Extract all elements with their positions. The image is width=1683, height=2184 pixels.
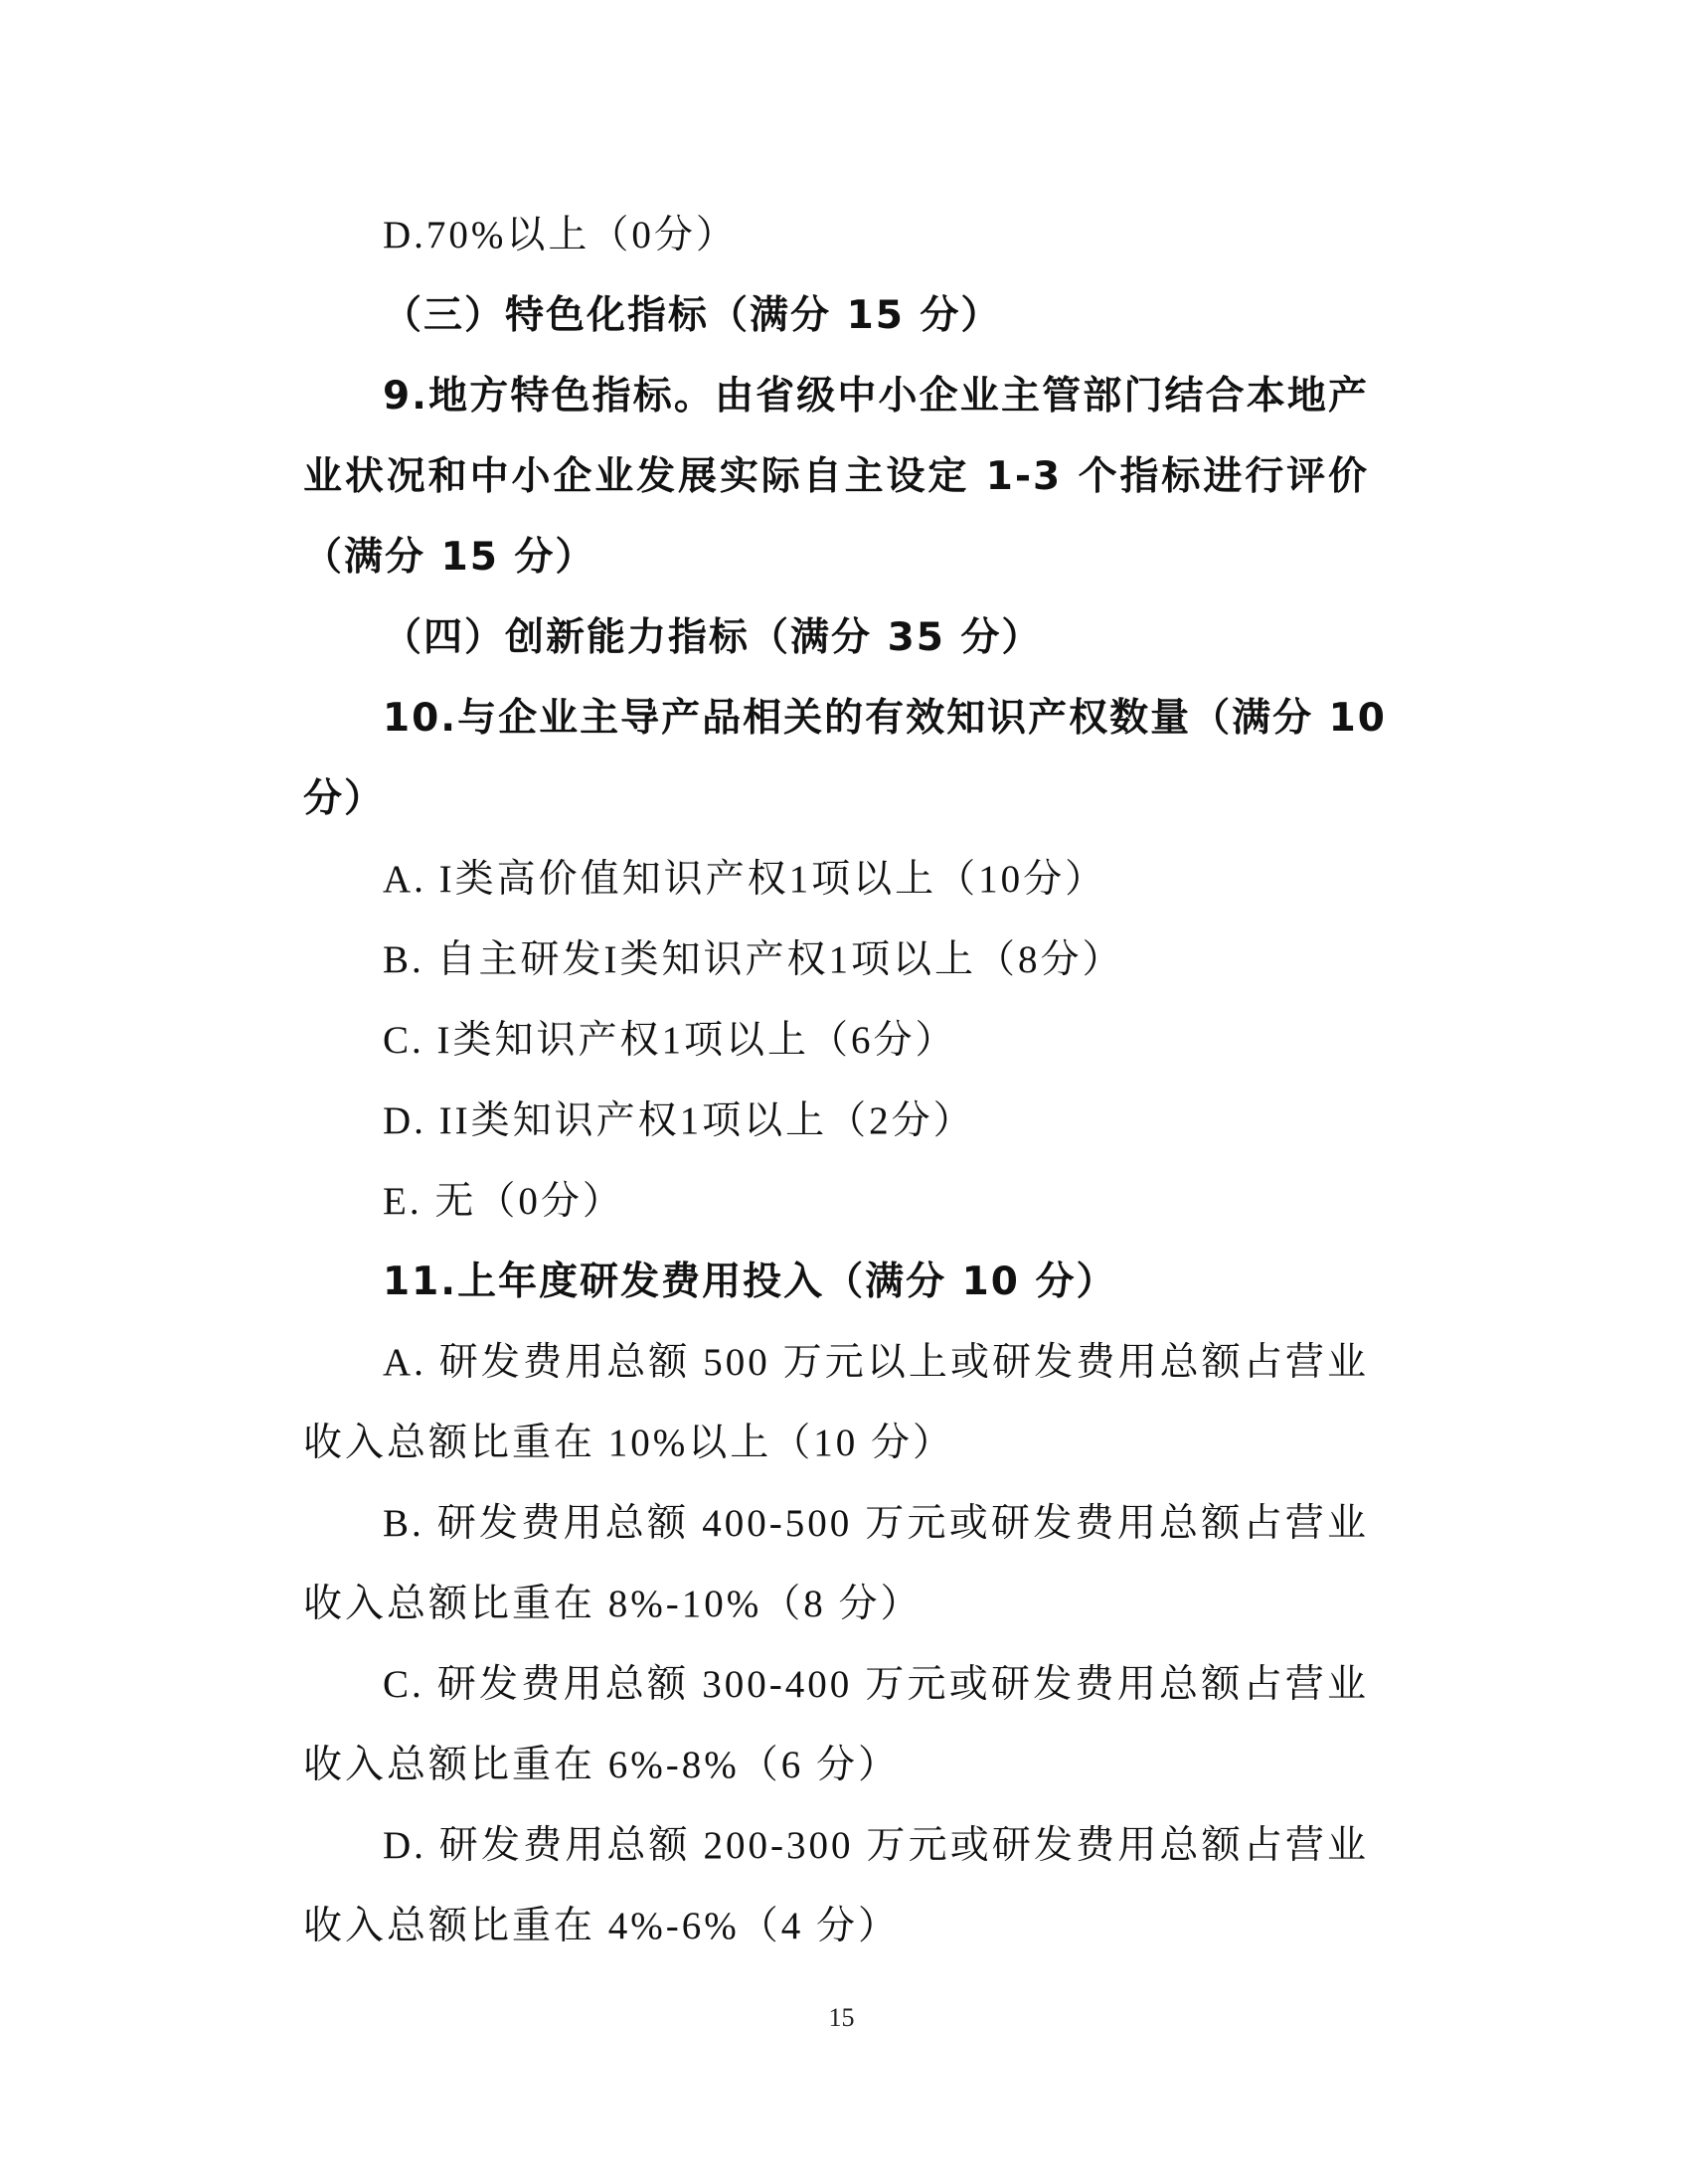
- option-line: A. 研发费用总额 500 万元以上或研发费用总额占营业: [303, 1322, 1369, 1403]
- item-heading-continuation: （满分 15 分）: [303, 517, 1369, 597]
- option-continuation: 收入总额比重在 4%-6%（4 分）: [303, 1886, 1369, 1966]
- document-page: D.70%以上（0分） （三）特色化指标（满分 15 分） 9.地方特色指标。由…: [303, 195, 1369, 1966]
- option-line: B. 自主研发I类知识产权1项以上（8分）: [303, 920, 1369, 1000]
- section-heading: （三）特色化指标（满分 15 分）: [303, 275, 1369, 356]
- page-number: 15: [0, 2003, 1683, 2033]
- option-continuation: 收入总额比重在 6%-8%（6 分）: [303, 1725, 1369, 1805]
- item-heading-continuation: 分）: [303, 758, 1369, 839]
- option-line: D. 研发费用总额 200-300 万元或研发费用总额占营业: [303, 1805, 1369, 1886]
- item-heading: 11.上年度研发费用投入（满分 10 分）: [303, 1242, 1369, 1322]
- option-continuation: 收入总额比重在 8%-10%（8 分）: [303, 1564, 1369, 1644]
- option-line: B. 研发费用总额 400-500 万元或研发费用总额占营业: [303, 1483, 1369, 1564]
- item-heading: 10.与企业主导产品相关的有效知识产权数量（满分 10: [303, 678, 1369, 758]
- item-heading: 9.地方特色指标。由省级中小企业主管部门结合本地产: [303, 356, 1369, 436]
- option-line: E. 无（0分）: [303, 1161, 1369, 1242]
- option-line: D.70%以上（0分）: [303, 195, 1369, 275]
- option-line: C. I类知识产权1项以上（6分）: [303, 1000, 1369, 1081]
- section-heading: （四）创新能力指标（满分 35 分）: [303, 597, 1369, 678]
- option-line: D. II类知识产权1项以上（2分）: [303, 1081, 1369, 1161]
- option-line: C. 研发费用总额 300-400 万元或研发费用总额占营业: [303, 1644, 1369, 1725]
- item-heading-continuation: 业状况和中小企业发展实际自主设定 1-3 个指标进行评价: [303, 436, 1369, 517]
- option-continuation: 收入总额比重在 10%以上（10 分）: [303, 1403, 1369, 1483]
- option-line: A. I类高价值知识产权1项以上（10分）: [303, 839, 1369, 920]
